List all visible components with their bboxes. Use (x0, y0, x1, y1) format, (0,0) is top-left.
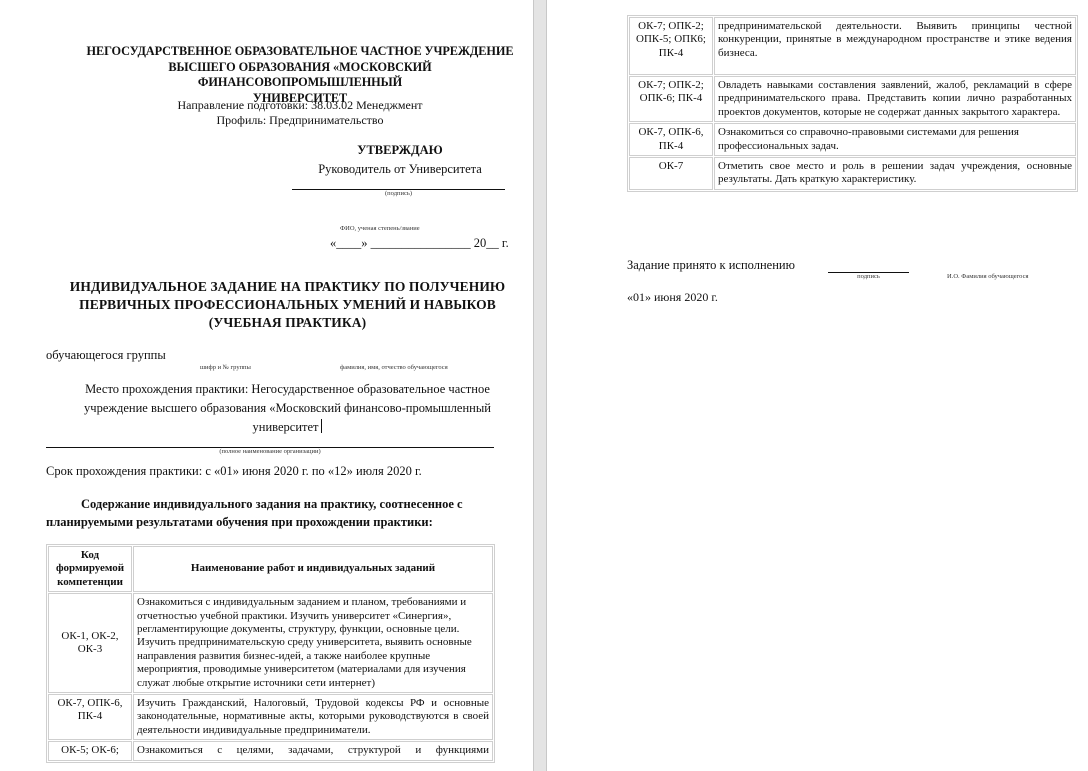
profile-text: Профиль: Предпринимательство (70, 113, 530, 128)
practice-period: Срок прохождения практики: с «01» июня 2… (46, 464, 422, 479)
document-page-1: НЕГОСУДАРСТВЕННОЕ ОБРАЗОВАТЕЛЬНОЕ ЧАСТНО… (0, 0, 533, 771)
practice-place[interactable]: Место прохождения практики: Негосударств… (60, 380, 515, 437)
table-row: ОК-7; ОПК-2; ОПК-5; ОПК6; ПК-4 предприни… (629, 17, 1076, 75)
header-code: Код формируемой компетенции (48, 546, 132, 592)
table-row: ОК-7, ОПК-6, ПК-4 Изучить Гражданский, Н… (48, 694, 493, 740)
org-title-line: ВЫСШЕГО ОБРАЗОВАНИЯ «МОСКОВСКИЙ ФИНАНСОВ… (70, 60, 530, 91)
text-cursor (321, 419, 322, 433)
table-header-row: Код формируемой компетенции Наименование… (48, 546, 493, 592)
competency-code: ОК-7; ОПК-2; ОПК-6; ПК-4 (629, 76, 713, 122)
task-text: Отметить свое место и роль в решении зад… (714, 157, 1076, 190)
program-info: Направление подготовки: 38.03.02 Менеджм… (70, 98, 530, 128)
table-row: ОК-5; ОК-6; Ознакомиться с целями, задач… (48, 741, 493, 760)
content-title: Содержание индивидуального задания на пр… (46, 495, 506, 531)
task-text: Овладеть навыками составления заявлений,… (714, 76, 1076, 122)
document-page-2: ОК-7; ОПК-2; ОПК-5; ОПК6; ПК-4 предприни… (547, 0, 1088, 771)
competency-code: ОК-1, ОК-2, ОК-3 (48, 593, 132, 693)
tasks-table-continued: ОК-7; ОПК-2; ОПК-5; ОПК6; ПК-4 предприни… (627, 15, 1078, 192)
place-line: Место прохождения практики: Негосударств… (60, 380, 515, 399)
accept-date: «01» июня 2020 г. (627, 290, 718, 305)
competency-code: ОК-7 (629, 157, 713, 190)
content-title-line: планируемыми результатами обучения при п… (46, 513, 506, 531)
place-line: учреждение высшего образования «Московск… (60, 399, 515, 418)
group-caption: шифр и № группы (200, 364, 251, 371)
table-row: ОК-7, ОПК-6, ПК-4 Ознакомиться со справо… (629, 123, 1076, 156)
page-separator (533, 0, 547, 771)
org-title-line: НЕГОСУДАРСТВЕННОЕ ОБРАЗОВАТЕЛЬНОЕ ЧАСТНО… (70, 44, 530, 60)
signature-caption: (подпись) (292, 190, 505, 197)
approval-role: Руководитель от Университета (290, 162, 510, 177)
task-title-line: ИНДИВИДУАЛЬНОЕ ЗАДАНИЕ НА ПРАКТИКУ ПО ПО… (40, 278, 533, 296)
content-title-line: Содержание индивидуального задания на пр… (81, 497, 463, 511)
competency-code: ОК-5; ОК-6; (48, 741, 132, 760)
approval-date-line: «____» ________________ 20__ г. (330, 236, 520, 251)
table-row: ОК-1, ОК-2, ОК-3 Ознакомиться с индивиду… (48, 593, 493, 693)
task-text: Ознакомиться с индивидуальным заданием и… (133, 593, 493, 693)
task-title-line: (УЧЕБНАЯ ПРАКТИКА) (40, 314, 533, 332)
accept-label: Задание принято к исполнению (627, 258, 795, 273)
direction-text: Направление подготовки: 38.03.02 Менеджм… (70, 98, 530, 113)
task-text: предпринимательской деятельности. Выявит… (714, 17, 1076, 75)
student-group-label: обучающегося группы (46, 348, 166, 363)
task-text: Ознакомиться с целями, задачами, структу… (133, 741, 493, 760)
table-row: ОК-7; ОПК-2; ОПК-6; ПК-4 Овладеть навыка… (629, 76, 1076, 122)
accept-signature-caption: подпись (828, 273, 909, 280)
competency-code: ОК-7, ОПК-6, ПК-4 (629, 123, 713, 156)
task-title: ИНДИВИДУАЛЬНОЕ ЗАДАНИЕ НА ПРАКТИКУ ПО ПО… (40, 278, 533, 332)
student-fio-caption: фамилия, имя, отчество обучающегося (340, 364, 448, 371)
table-row: ОК-7 Отметить свое место и роль в решени… (629, 157, 1076, 190)
competency-code: ОК-7; ОПК-2; ОПК-5; ОПК6; ПК-4 (629, 17, 713, 75)
task-text: Изучить Гражданский, Налоговый, Трудовой… (133, 694, 493, 740)
accept-fio-caption: И.О. Фамилия обучающегося (947, 273, 1028, 280)
approval-title: УТВЕРЖДАЮ (290, 143, 510, 158)
header-tasks: Наименование работ и индивидуальных зада… (133, 546, 493, 592)
organization-caption: (полное наименование организации) (46, 448, 494, 455)
task-title-line: ПЕРВИЧНЫХ ПРОФЕССИОНАЛЬНЫХ УМЕНИЙ И НАВЫ… (40, 296, 533, 314)
task-text: Ознакомиться со справочно-правовыми сист… (714, 123, 1076, 156)
competency-code: ОК-7, ОПК-6, ПК-4 (48, 694, 132, 740)
tasks-table: Код формируемой компетенции Наименование… (46, 544, 495, 763)
fio-caption: ФИО, ученая степень/звание (340, 225, 480, 232)
organization-title: НЕГОСУДАРСТВЕННОЕ ОБРАЗОВАТЕЛЬНОЕ ЧАСТНО… (70, 44, 530, 106)
place-line: университет (253, 420, 319, 434)
